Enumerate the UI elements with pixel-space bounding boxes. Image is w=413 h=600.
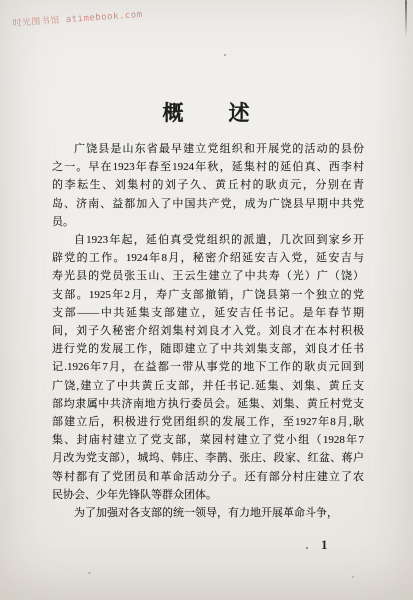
text-line: 月改为党支部），城坞、韩庄、李鹊、张庄、段家、红盆、蒋户 [52, 449, 364, 467]
text-line: 等村都有了党团员和革命活动分子。还有部分村庄建立了农 [52, 468, 364, 486]
text-line: 进行党的发展工作，随即建立了中共刘集支部，刘良才任书 [52, 340, 364, 358]
text-line: 之一。早在1923年春至1924年秋，延集村的延伯真、西李村 [52, 158, 364, 176]
text-line: 支部。1925年2月，寿广支部撤销，广饶县第一个独立的党 [52, 286, 364, 304]
page-title: 概 述 [0, 97, 413, 127]
page-number: 1 [321, 537, 328, 553]
text-line: 记.1926年7月，在益都一带从事党的地下工作的耿贞元回到 [52, 358, 364, 376]
book-page: 时光图书馆 atimebook.com 概 述 广饶县是山东省最早建立党组织和开… [0, 0, 413, 600]
text-line: 民协会、少年先锋队等群众团体。 [52, 486, 364, 504]
scan-artifact-line [405, 0, 407, 38]
text-line: 支部——中共延集支部建立，延安吉任书记。是年春节期 [52, 304, 364, 322]
text-line: 寿光县的党员张玉山、王云生建立了中共寿（光）广（饶） [52, 267, 364, 285]
scan-speck [88, 572, 91, 574]
text-line: 为了加强对各支部的统一领导，有力地开展革命斗争， [52, 504, 364, 522]
text-line: 广饶,建立了中共黄丘支部，并任书记.延集、刘集、黄丘支 [52, 377, 364, 395]
scan-speck [352, 576, 354, 578]
text-line: 的李耘生、刘集村的刘子久、黄丘村的耿贞元，分别在青 [52, 176, 364, 194]
scan-speck [224, 54, 226, 56]
text-line: 广饶县是山东省最早建立党组织和开展党的活动的县份 [52, 140, 364, 158]
text-line: 间，刘子久秘密介绍刘集村刘良才入党。刘良才在本村积极 [52, 322, 364, 340]
scan-speck [306, 547, 308, 549]
text-line: 员。 [52, 213, 364, 231]
body-text: 广饶县是山东省最早建立党组织和开展党的活动的县份 之一。早在1923年春至192… [52, 140, 364, 522]
text-line: 集、封庙村建立了党支部，菜园村建立了党小组（1928年7 [52, 431, 364, 449]
library-watermark: 时光图书馆 atimebook.com [12, 7, 143, 29]
text-line: 辟党的工作。1924年8月，秘密介绍延安吉入党，延安吉与 [52, 249, 364, 267]
text-line: 部均隶属中共济南地方执行委员会。延集、刘集、黄丘村党支 [52, 395, 364, 413]
text-line: 岛、济南、益都加入了中国共产党，成为广饶县早期中共党 [52, 195, 364, 213]
text-line: 部建立后，积极进行党团组织的发展工作，至1927年8月,耿 [52, 413, 364, 431]
text-line: 自1923年起，延伯真受党组织的派遣，几次回到家乡开 [52, 231, 364, 249]
